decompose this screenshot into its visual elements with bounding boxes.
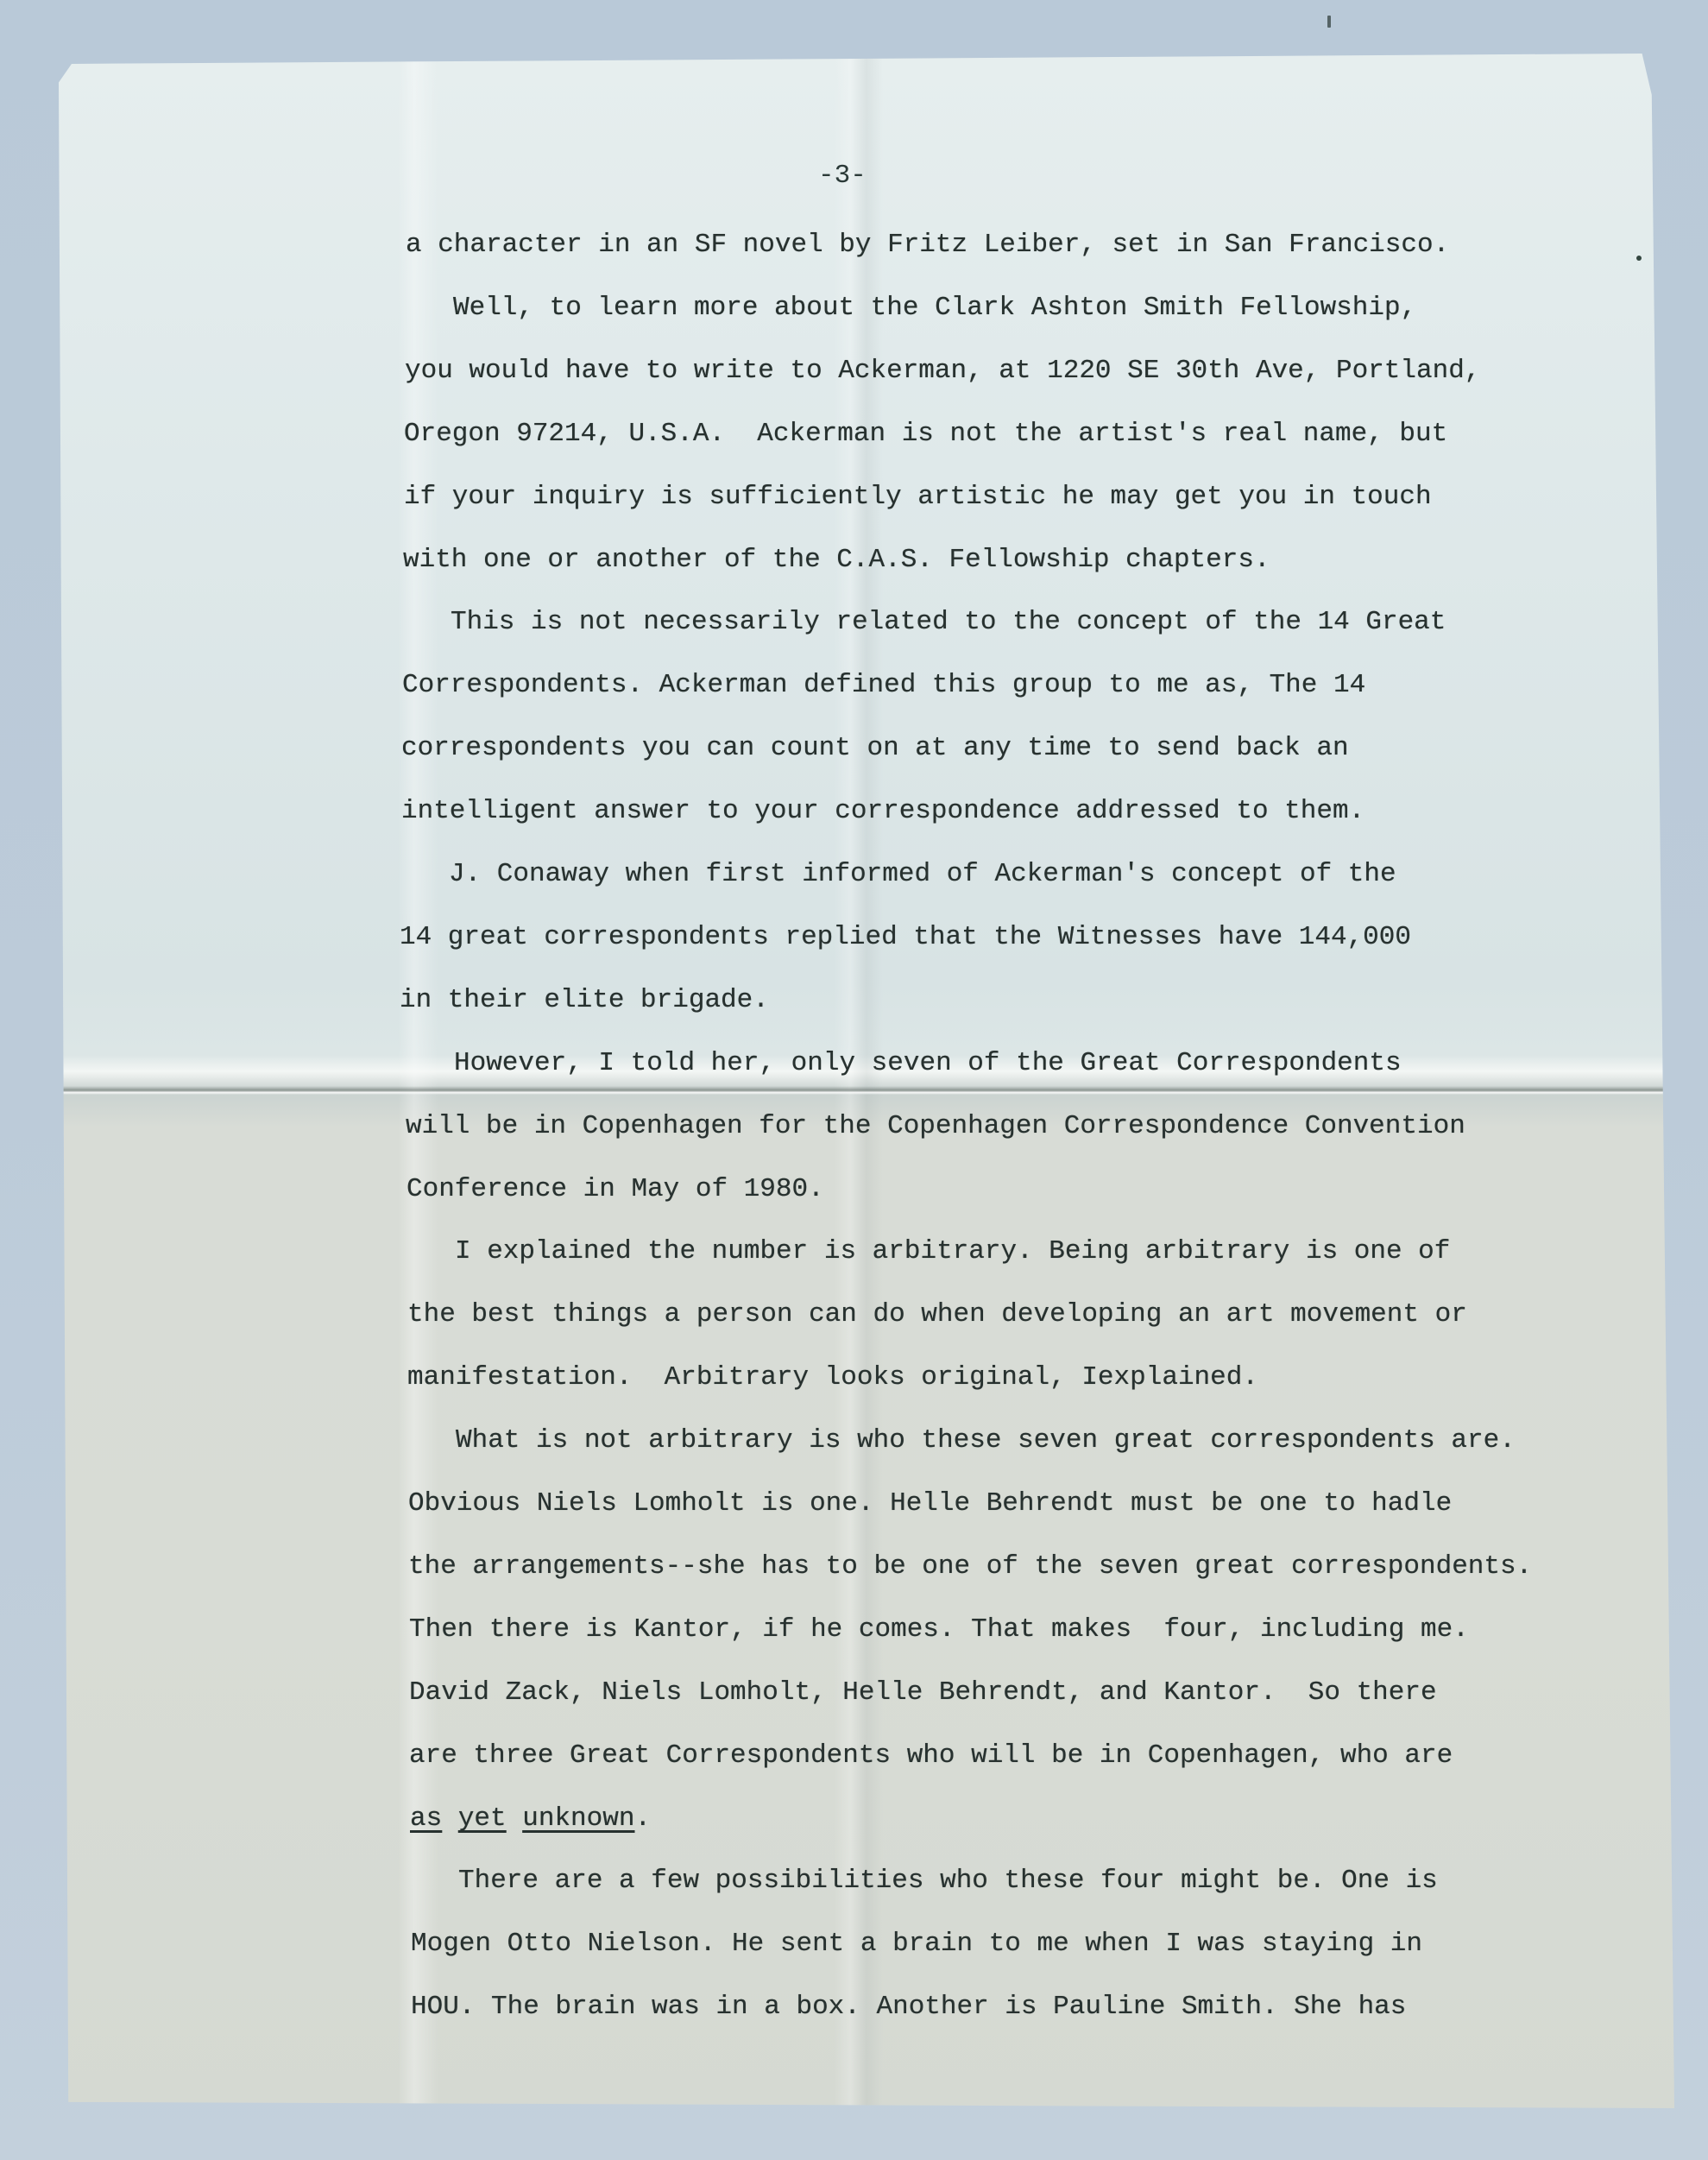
text-line: are three Great Correspondents who will … [409,1742,1453,1769]
text-line: the arrangements--she has to be one of t… [408,1553,1532,1580]
text-line: will be in Copenhagen for the Copenhagen… [406,1113,1465,1140]
text-line: you would have to write to Ackerman, at … [405,357,1480,384]
text-line: Conference in May of 1980. [407,1176,824,1203]
text-line: in their elite brigade. [400,987,769,1014]
text-line: Mogen Otto Nielson. He sent a brain to m… [411,1930,1422,1957]
text-line: manifestation. Arbitrary looks original,… [407,1364,1258,1391]
text-line: David Zack, Niels Lomholt, Helle Behrend… [409,1679,1437,1706]
text-line: This is not necessarily related to the c… [451,609,1446,635]
text-line: There are a few possibilities who these … [458,1867,1438,1894]
text-line: J. Conaway when first informed of Ackerm… [449,861,1396,887]
text-line: Oregon 97214, U.S.A. Ackerman is not the… [404,420,1447,447]
text-line: as yet unknown. [410,1805,651,1832]
fold-crease [59,1086,1674,1095]
text-line: I explained the number is arbitrary. Bei… [455,1238,1450,1265]
text-line: What is not arbitrary is who these seven… [456,1427,1516,1454]
text-line: Obvious Niels Lomholt is one. Helle Behr… [408,1490,1452,1517]
underlined-word: as [410,1803,442,1834]
text-line: Then there is Kantor, if he comes. That … [409,1616,1469,1643]
ink-speck [1636,256,1642,261]
text-line: correspondents you can count on at any t… [401,735,1349,761]
stray-ink-mark [1327,16,1331,28]
text-line: a character in an SF novel by Fritz Leib… [406,231,1449,258]
text-line: if your inquiry is sufficiently artistic… [404,483,1432,510]
page-number: -3- [818,161,867,191]
text-line: Well, to learn more about the Clark Asht… [453,294,1416,321]
text-line: Correspondents. Ackerman defined this gr… [402,672,1365,698]
text-line: the best things a person can do when dev… [407,1301,1467,1328]
text-line: 14 great correspondents replied that the… [400,924,1411,951]
text-line: However, I told her, only seven of the G… [454,1050,1402,1077]
underlined-word: unknown [522,1803,634,1834]
text-line: with one or another of the C.A.S. Fellow… [403,546,1270,573]
text-line: HOU. The brain was in a box. Another is … [411,1993,1406,2020]
text-line: intelligent answer to your correspondenc… [401,798,1365,824]
underlined-word: yet [458,1803,507,1834]
